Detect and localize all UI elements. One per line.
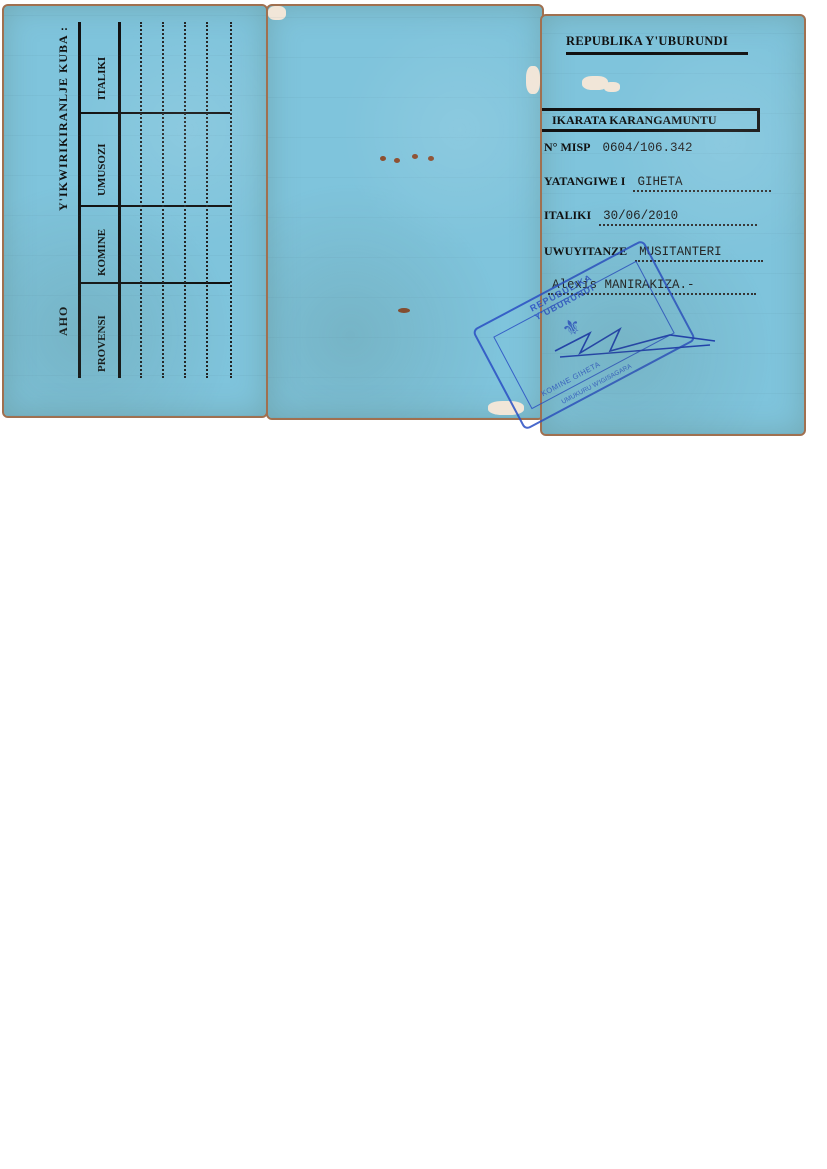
staple-hole	[428, 156, 434, 161]
signature-scribble	[550, 321, 720, 361]
card-title-box: IKARATA KARANGAMUNTU	[542, 108, 760, 132]
field-label: ITALIKI	[544, 208, 591, 223]
title-left-word: AHO	[56, 306, 71, 336]
field-value: 30/06/2010	[599, 209, 757, 226]
card-right-panel: REPUBLIKA Y'UBURUNDI IKARATA KARANGAMUNT…	[540, 14, 806, 436]
republic-title: REPUBLIKA Y'UBURUNDI	[566, 34, 728, 49]
row-line-1	[140, 22, 142, 378]
field-issued-at: YATANGIWE I GIHETA	[544, 174, 771, 192]
wear-mark	[526, 66, 540, 94]
wear-mark	[604, 82, 620, 92]
column-header-italiki: ITALIKI	[96, 57, 108, 100]
field-misp-number: N° MISP 0604/106.342	[544, 140, 696, 156]
title-right-words: Y'IKWIRIKIRANLJE KUBA :	[56, 26, 71, 211]
field-date: ITALIKI 30/06/2010	[544, 208, 757, 226]
table-header-divider	[118, 22, 121, 378]
staple-hole	[412, 154, 418, 159]
field-value: MUSITANTERI	[635, 245, 763, 262]
field-label: N° MISP	[544, 140, 590, 155]
row-line-3	[184, 22, 186, 378]
table-border-left	[78, 22, 81, 378]
registration-table-title: AHO Y'IKWIRIKIRANLJE KUBA :	[56, 26, 71, 336]
staple-hole	[380, 156, 386, 161]
card-left-panel: AHO Y'IKWIRIKIRANLJE KUBA : PROVENSI KOM…	[2, 4, 268, 418]
title-underline	[566, 52, 748, 55]
field-value: GIHETA	[633, 175, 771, 192]
row-line-5	[230, 22, 232, 378]
staple-hole	[394, 158, 400, 163]
field-label: YATANGIWE I	[544, 174, 625, 189]
wear-mark	[268, 6, 286, 20]
column-header-komine: KOMINE	[96, 229, 108, 276]
field-value: 0604/106.342	[598, 141, 696, 156]
column-header-provensi: PROVENSI	[96, 315, 108, 372]
row-line-4	[206, 22, 208, 378]
staple-hole	[398, 308, 410, 313]
column-header-umusozi: UMUSOZI	[96, 143, 108, 196]
row-line-2	[162, 22, 164, 378]
